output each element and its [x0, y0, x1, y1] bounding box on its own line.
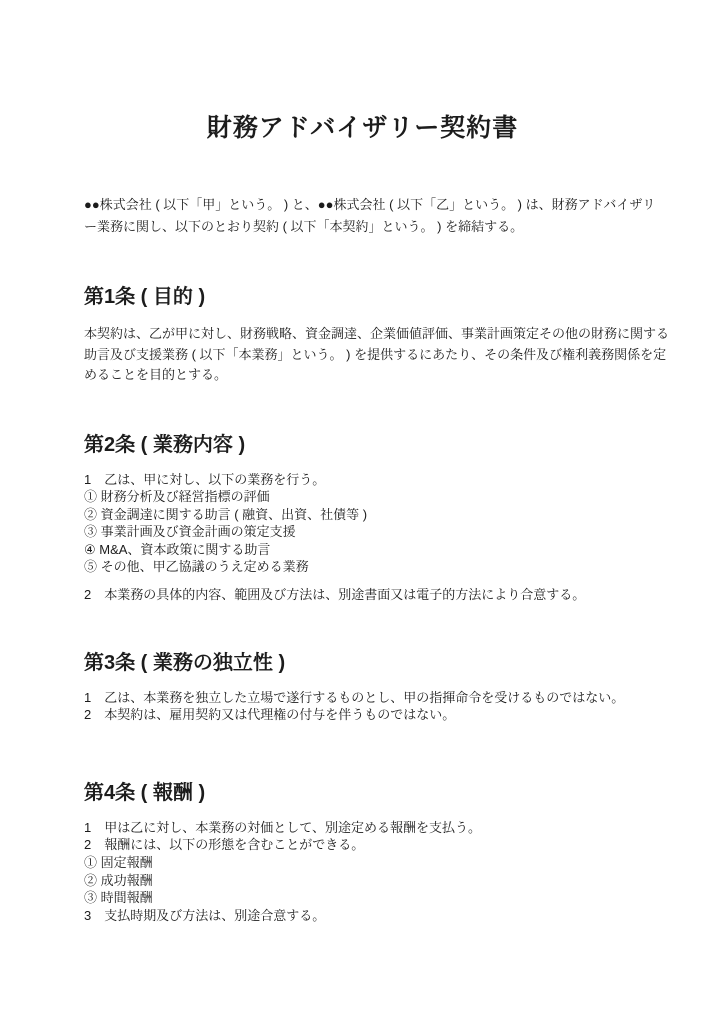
article-4-heading: 第4条 ( 報酬 ) — [84, 781, 641, 805]
article-1-body: 本契約は、乙が甲に対し、財務戦略、資金調達、企業価値評価、事業計画策定その他の財… — [84, 324, 641, 386]
article-2-heading: 第2条 ( 業務内容 ) — [84, 433, 641, 457]
list-item: ③ 事業計画及び資金計画の策定支援 — [84, 523, 641, 541]
article-4-body: 1 甲は乙に対し、本業務の対価として、別途定める報酬を支払う。 2 報酬には、以… — [84, 819, 641, 925]
clause-line: 1 甲は乙に対し、本業務の対価として、別途定める報酬を支払う。 — [84, 819, 641, 837]
article-2-body: 1 乙は、甲に対し、以下の業務を行う。 ① 財務分析及び経営指標の評価 ② 資金… — [84, 471, 641, 604]
clause-line: 2 本契約は、雇用契約又は代理権の付与を伴うものではない。 — [84, 706, 641, 724]
article-3-independence: 第3条 ( 業務の独立性 ) 1 乙は、本業務を独立した立場で遂行するものとし、… — [84, 651, 641, 724]
article-1-heading: 第1条 ( 目的 ) — [84, 285, 641, 309]
clause-line: めることを目的とする。 — [84, 365, 641, 386]
list-item: ① 財務分析及び経営指標の評価 — [84, 488, 641, 506]
clause-line: 2 報酬には、以下の形態を含むことができる。 — [84, 836, 641, 854]
clause-line: 助言及び支援業務 ( 以下「本業務」という。 ) を提供するにあたり、その条件及… — [84, 345, 641, 366]
article-3-heading: 第3条 ( 業務の独立性 ) — [84, 651, 641, 675]
article-3-body: 1 乙は、本業務を独立した立場で遂行するものとし、甲の指揮命令を受けるものではな… — [84, 689, 641, 724]
article-4-compensation: 第4条 ( 報酬 ) 1 甲は乙に対し、本業務の対価として、別途定める報酬を支払… — [84, 781, 641, 925]
article-2-scope-of-services: 第2条 ( 業務内容 ) 1 乙は、甲に対し、以下の業務を行う。 ① 財務分析及… — [84, 433, 641, 604]
list-item: ② 資金調達に関する助言 ( 融資、出資、社債等 ) — [84, 506, 641, 524]
article-1-purpose: 第1条 ( 目的 ) 本契約は、乙が甲に対し、財務戦略、資金調達、企業価値評価、… — [84, 285, 641, 386]
list-item: ⑤ その他、甲乙協議のうえ定める業務 — [84, 558, 641, 576]
intro-paragraph: ●●株式会社 ( 以下「甲」という。 ) と、●●株式会社 ( 以下「乙」という… — [84, 194, 641, 238]
clause-line: 1 乙は、甲に対し、以下の業務を行う。 — [84, 471, 641, 489]
clause-line: 3 支払時期及び方法は、別途合意する。 — [84, 907, 641, 925]
list-item: ② 成功報酬 — [84, 872, 641, 890]
intro-line: ー業務に関し、以下のとおり契約 ( 以下「本契約」という。 ) を締結する。 — [84, 216, 641, 238]
clause-line: 2 本業務の具体的内容、範囲及び方法は、別途書面又は電子的方法により合意する。 — [84, 586, 641, 604]
list-item: ③ 時間報酬 — [84, 889, 641, 907]
intro-line: ●●株式会社 ( 以下「甲」という。 ) と、●●株式会社 ( 以下「乙」という… — [84, 194, 641, 216]
clause-line: 1 乙は、本業務を独立した立場で遂行するものとし、甲の指揮命令を受けるものではな… — [84, 689, 641, 707]
document-title: 財務アドバイザリー契約書 — [84, 111, 641, 146]
document-page: 財務アドバイザリー契約書 ●●株式会社 ( 以下「甲」という。 ) と、●●株式… — [0, 0, 724, 1024]
list-item: ④ M&A、資本政策に関する助言 — [84, 541, 641, 559]
list-item: ① 固定報酬 — [84, 854, 641, 872]
document-content: 財務アドバイザリー契約書 ●●株式会社 ( 以下「甲」という。 ) と、●●株式… — [0, 0, 724, 924]
clause-line: 本契約は、乙が甲に対し、財務戦略、資金調達、企業価値評価、事業計画策定その他の財… — [84, 324, 641, 345]
